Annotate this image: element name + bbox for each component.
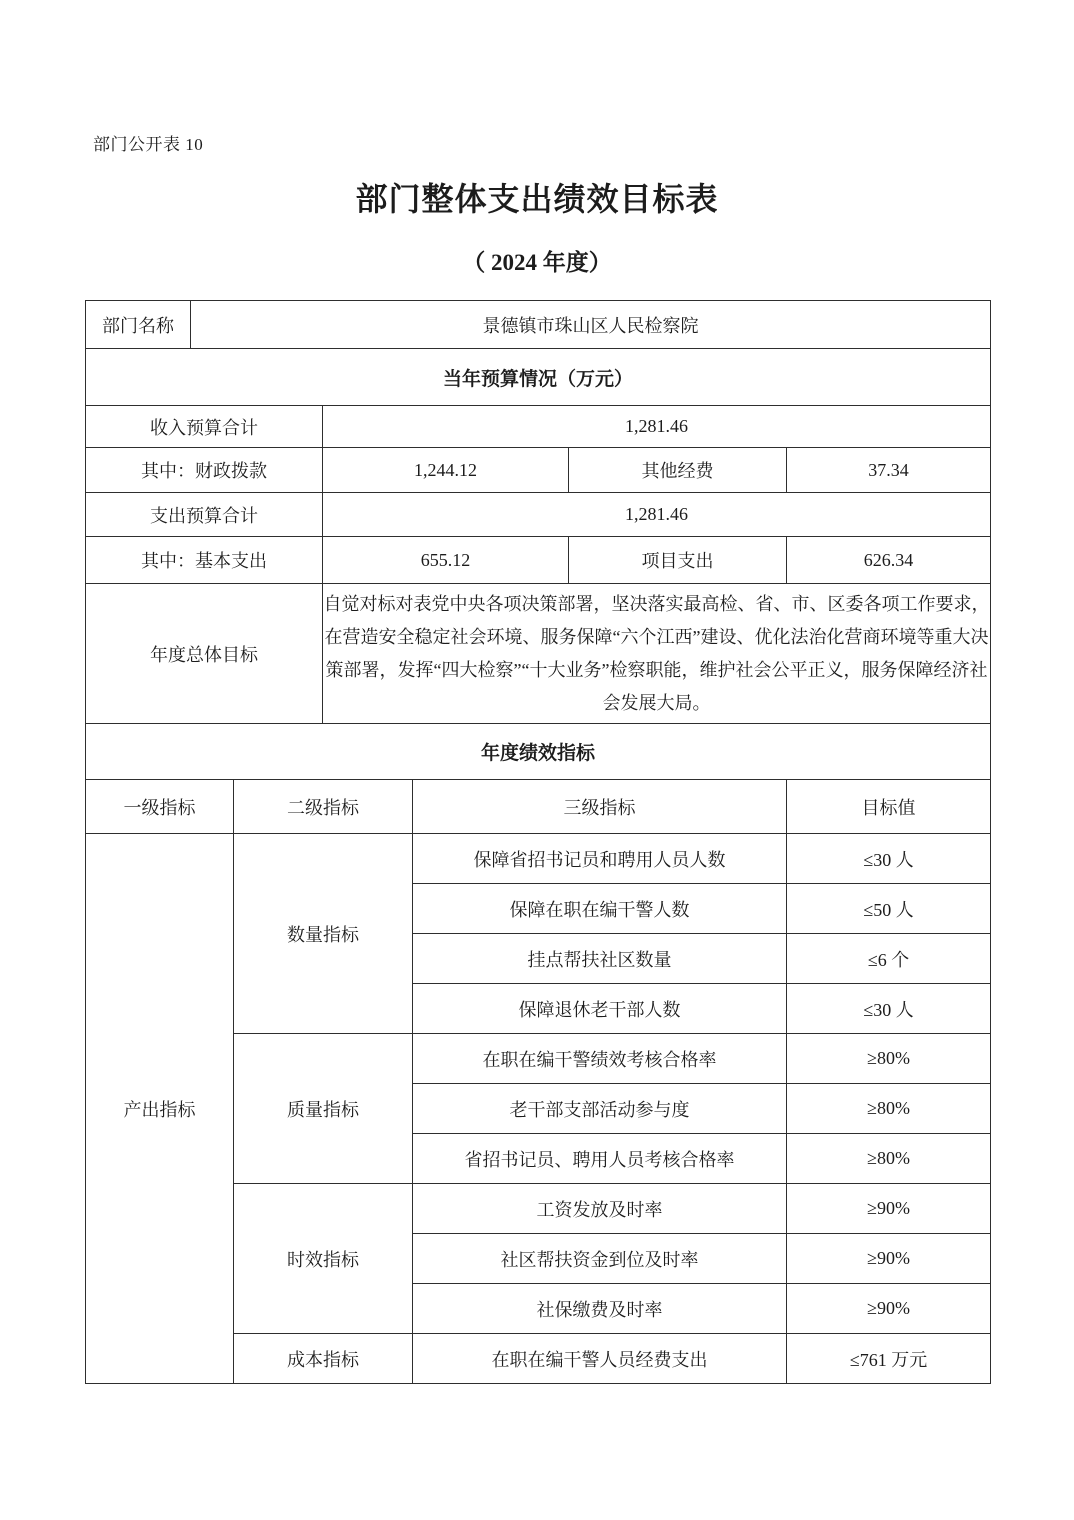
dept-name-value: 景德镇市珠山区人民检察院 <box>191 301 991 349</box>
table-row: 其中：基本支出 655.12 项目支出 626.34 <box>86 537 991 584</box>
indicator-target: ≤6 个 <box>787 934 991 984</box>
annual-goal-text: 自觉对标对表党中央各项决策部署，坚决落实最高检、省、市、区委各项工作要求，在营造… <box>323 584 991 724</box>
indicators-section-title: 年度绩效指标 <box>86 724 991 780</box>
indicator-name: 保障在职在编干警人数 <box>413 884 787 934</box>
level1-indicator-cell: 产出指标 <box>86 834 234 1384</box>
performance-target-table: 部门名称 景德镇市珠山区人民检察院 当年预算情况（万元） 收入预算合计 1,28… <box>85 300 991 1384</box>
project-expense-label: 项目支出 <box>569 537 787 584</box>
indicator-row: 产出指标 数量指标 保障省招书记员和聘用人员人数 ≤30 人 <box>86 834 991 884</box>
indicator-target: ≥80% <box>787 1034 991 1084</box>
col-header-level3: 三级指标 <box>413 780 787 834</box>
indicator-target: ≥90% <box>787 1184 991 1234</box>
indicator-name: 挂点帮扶社区数量 <box>413 934 787 984</box>
indicator-name: 老干部支部活动参与度 <box>413 1084 787 1134</box>
table-row: 当年预算情况（万元） <box>86 349 991 406</box>
income-total-value: 1,281.46 <box>323 406 991 448</box>
doc-number-label: 部门公开表 10 <box>93 130 203 155</box>
fiscal-allocation-value: 1,244.12 <box>323 448 569 493</box>
table-row: 部门名称 景德镇市珠山区人民检察院 <box>86 301 991 349</box>
expense-total-value: 1,281.46 <box>323 493 991 537</box>
indicator-name: 保障省招书记员和聘用人员人数 <box>413 834 787 884</box>
other-funds-label: 其他经费 <box>569 448 787 493</box>
table-row: 年度绩效指标 <box>86 724 991 780</box>
income-total-label: 收入预算合计 <box>86 406 323 448</box>
col-header-target: 目标值 <box>787 780 991 834</box>
col-header-level2: 二级指标 <box>234 780 413 834</box>
project-expense-value: 626.34 <box>787 537 991 584</box>
level2-cost-cell: 成本指标 <box>234 1334 413 1384</box>
indicator-target: ≤50 人 <box>787 884 991 934</box>
indicator-target: ≥90% <box>787 1284 991 1334</box>
indicator-target: ≥80% <box>787 1084 991 1134</box>
other-funds-value: 37.34 <box>787 448 991 493</box>
annual-goal-label: 年度总体目标 <box>86 584 323 724</box>
level2-quantity-cell: 数量指标 <box>234 834 413 1034</box>
table-row: 年度总体目标 自觉对标对表党中央各项决策部署，坚决落实最高检、省、市、区委各项工… <box>86 584 991 724</box>
indicator-name: 工资发放及时率 <box>413 1184 787 1234</box>
indicator-name: 在职在编干警人员经费支出 <box>413 1334 787 1384</box>
table-row: 收入预算合计 1,281.46 <box>86 406 991 448</box>
indicator-target: ≥80% <box>787 1134 991 1184</box>
indicator-name: 社保缴费及时率 <box>413 1284 787 1334</box>
document-page: 部门公开表 10 部门整体支出绩效目标表 （ 2024 年度） 部门名称 景德镇… <box>0 0 1074 1520</box>
fiscal-allocation-label: 其中：财政拨款 <box>86 448 323 493</box>
indicator-name: 省招书记员、聘用人员考核合格率 <box>413 1134 787 1184</box>
indicator-target: ≥90% <box>787 1234 991 1284</box>
level2-timeliness-cell: 时效指标 <box>234 1184 413 1334</box>
basic-expense-value: 655.12 <box>323 537 569 584</box>
table-row: 支出预算合计 1,281.46 <box>86 493 991 537</box>
indicator-target: ≤30 人 <box>787 834 991 884</box>
expense-total-label: 支出预算合计 <box>86 493 323 537</box>
table-row: 其中：财政拨款 1,244.12 其他经费 37.34 <box>86 448 991 493</box>
page-subtitle: （ 2024 年度） <box>0 244 1074 277</box>
indicator-target: ≤30 人 <box>787 984 991 1034</box>
table-header-row: 一级指标 二级指标 三级指标 目标值 <box>86 780 991 834</box>
budget-section-title: 当年预算情况（万元） <box>86 349 991 406</box>
dept-name-label: 部门名称 <box>86 301 191 349</box>
basic-expense-label: 其中：基本支出 <box>86 537 323 584</box>
page-title: 部门整体支出绩效目标表 <box>0 174 1074 220</box>
col-header-level1: 一级指标 <box>86 780 234 834</box>
indicator-name: 保障退休老干部人数 <box>413 984 787 1034</box>
indicator-name: 在职在编干警绩效考核合格率 <box>413 1034 787 1084</box>
indicator-name: 社区帮扶资金到位及时率 <box>413 1234 787 1284</box>
indicator-target: ≤761 万元 <box>787 1334 991 1384</box>
level2-quality-cell: 质量指标 <box>234 1034 413 1184</box>
